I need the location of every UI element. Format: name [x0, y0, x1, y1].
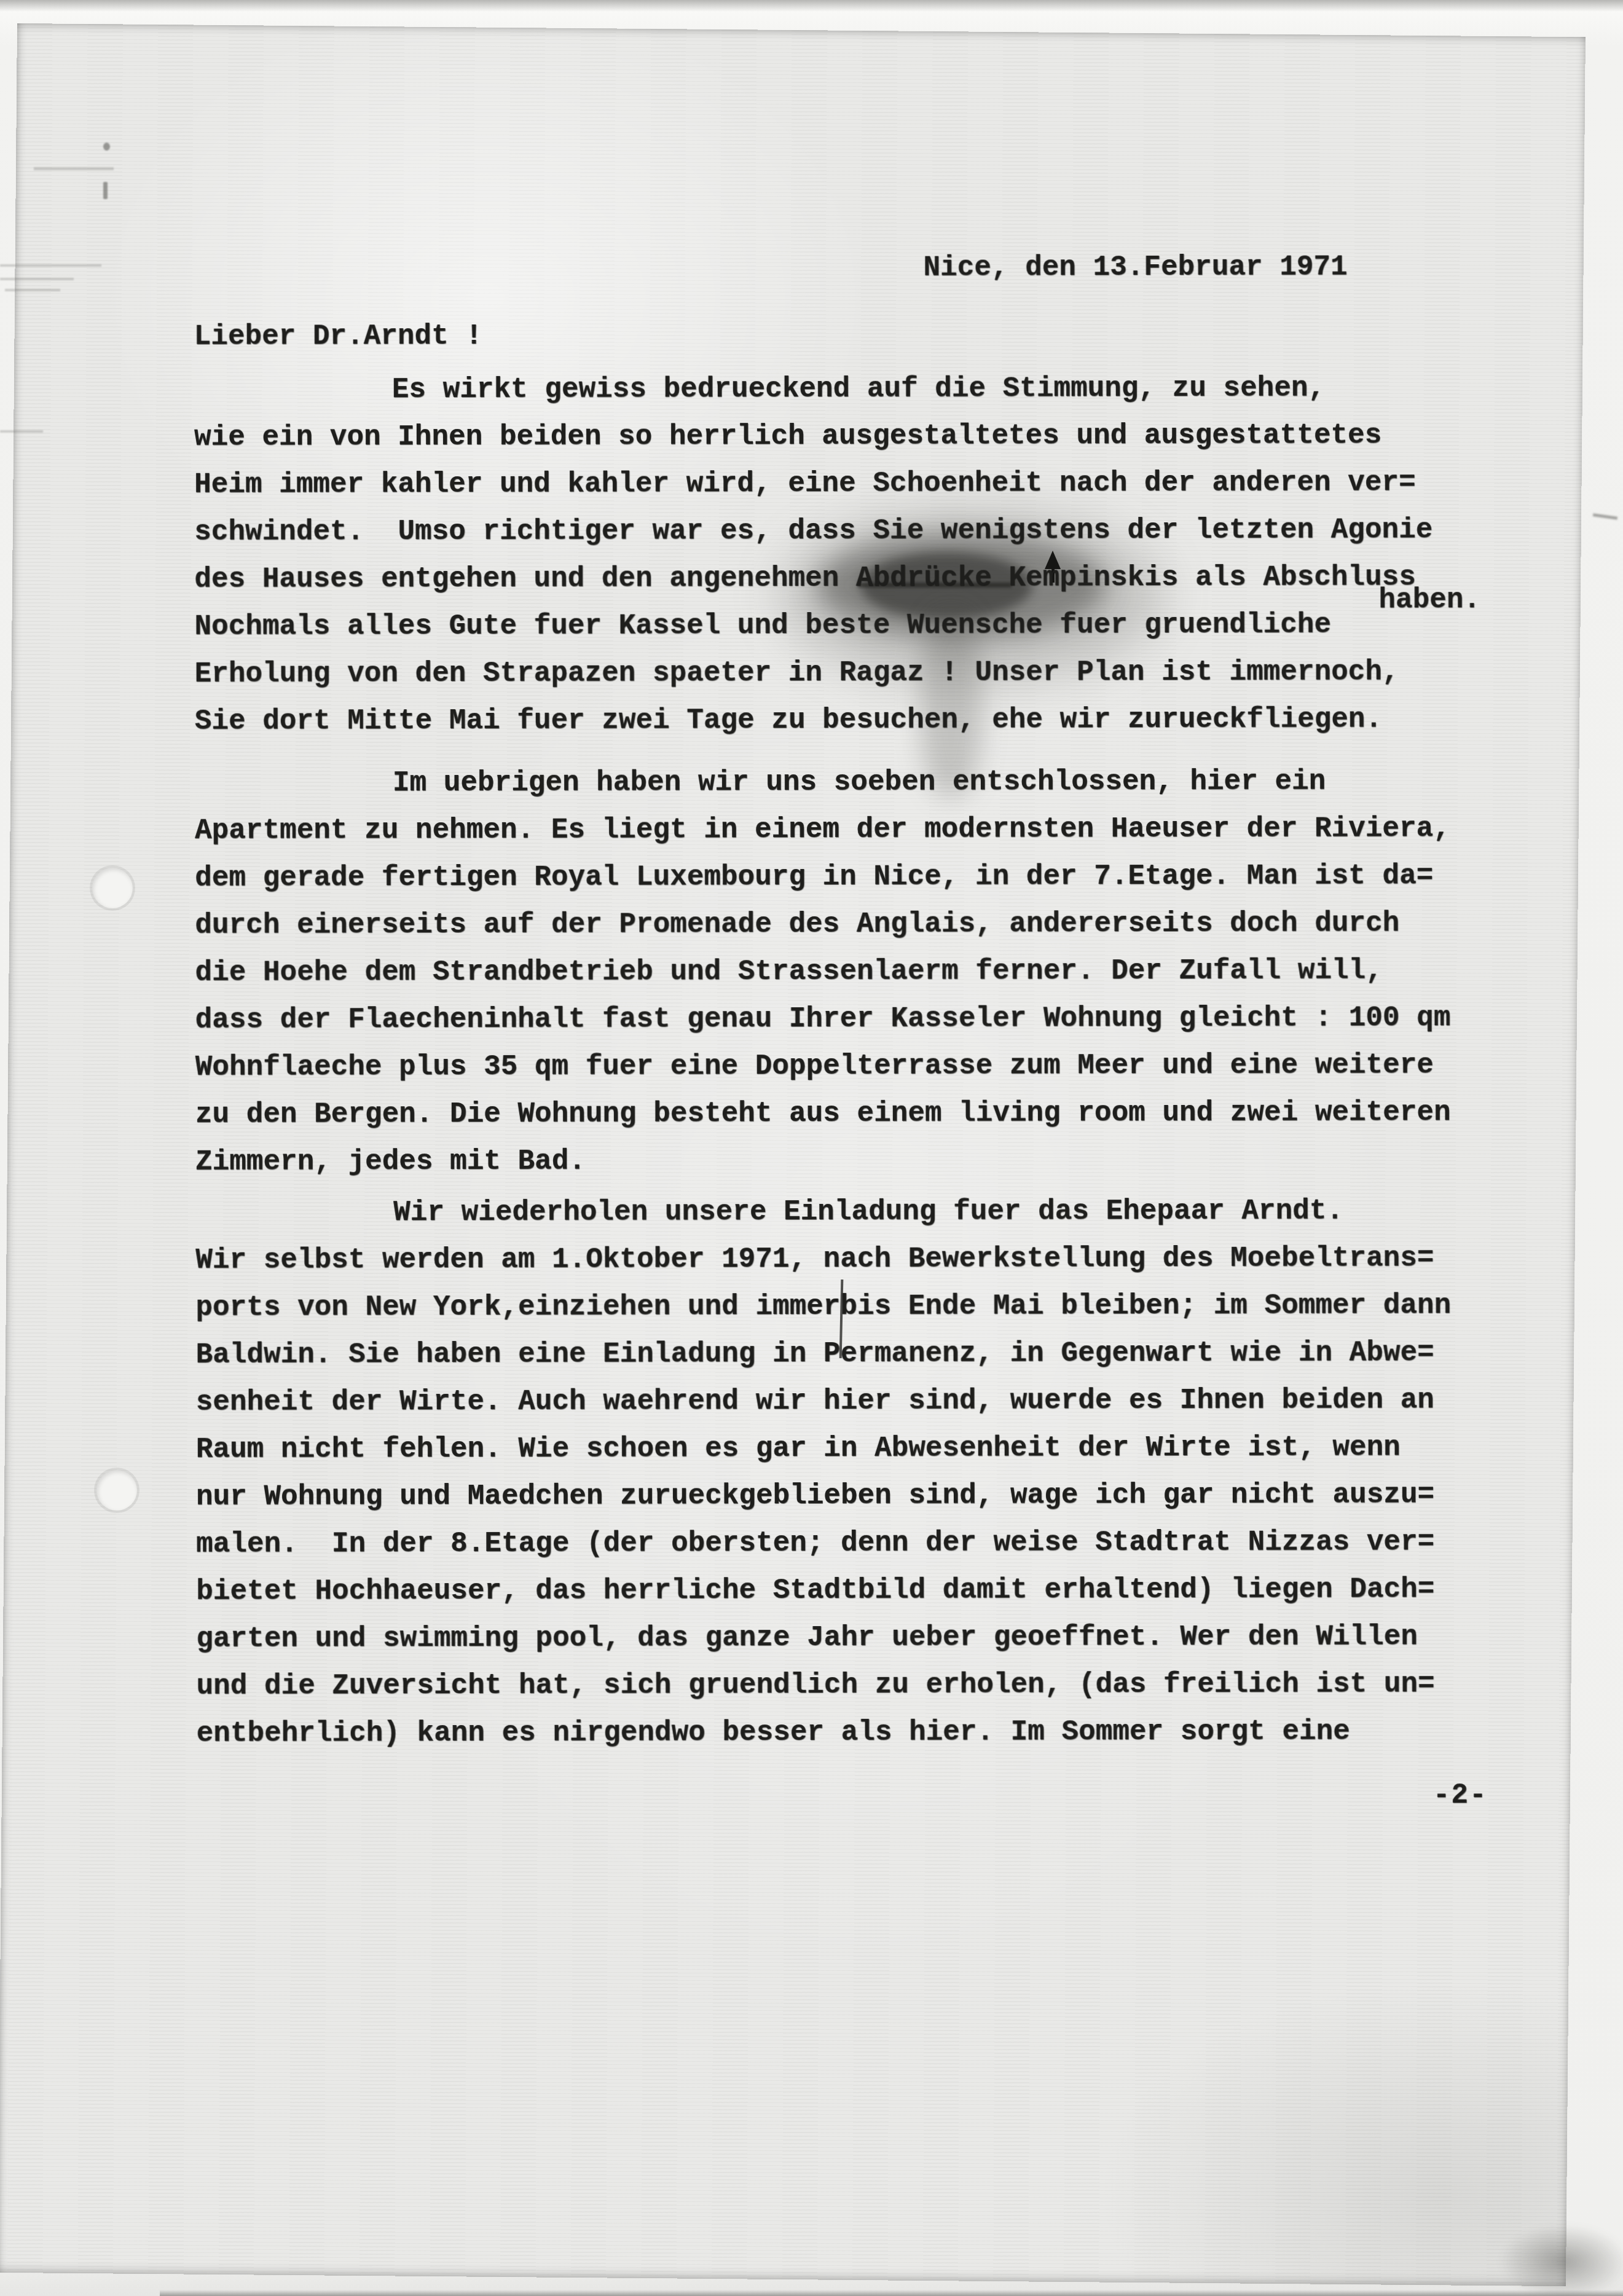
letter-line: Heim immer kahler und kahler wird, eine … [194, 459, 1608, 509]
letter-line: Wir selbst werden am 1.Oktober 1971, nac… [195, 1235, 1609, 1284]
letter-line: Wohnflaeche plus 35 qm fuer eine Doppelt… [195, 1042, 1609, 1091]
paragraph: Wir wiederholen unsere Einladung fuer da… [195, 1187, 1610, 1758]
paragraph: Im uebrigen haben wir uns soeben entschl… [195, 758, 1609, 1186]
letter-line: nur Wohnung und Maedchen zurueckgebliebe… [196, 1471, 1609, 1521]
typewritten-text-layer: Nice, den 13.Februar 1971 Lieber Dr.Arnd… [0, 0, 1623, 2296]
letter-line: Im uebrigen haben wir uns soeben entschl… [195, 758, 1608, 808]
letter-line: Es wirkt gewiss bedrueckend auf die Stim… [194, 364, 1608, 414]
scanned-letter-page: Nice, den 13.Februar 1971 Lieber Dr.Arnd… [0, 0, 1623, 2296]
date-line: Nice, den 13.Februar 1971 [923, 243, 1347, 291]
letter-line: dass der Flaecheninhalt fast genau Ihrer… [195, 994, 1609, 1044]
letter-line: Sie dort Mitte Mai fuer zwei Tage zu bes… [195, 696, 1608, 745]
letter-line: Apartment zu nehmen. Es liegt in einem d… [195, 805, 1608, 855]
letter-line: durch einerseits auf der Promenade des A… [195, 900, 1608, 949]
letter-line: die Hoehe dem Strandbetrieb und Strassen… [195, 947, 1608, 997]
inserted-word: haben. [1378, 576, 1480, 624]
letter-line: entbehrlich) kann es nirgendwo besser al… [197, 1708, 1610, 1758]
letter-line: dem gerade fertigen Royal Luxembourg in … [195, 852, 1608, 902]
letter-line: Baldwin. Sie haben eine Einladung in Per… [196, 1329, 1609, 1379]
letter-line: Raum nicht fehlen. Wie schoen es gar in … [196, 1424, 1609, 1474]
letter-line: malen. In der 8.Etage (der obersten; den… [196, 1519, 1609, 1568]
letter-line: garten und swimming pool, das ganze Jahr… [196, 1613, 1609, 1663]
letter-line: Wir wiederholen unsere Einladung fuer da… [195, 1187, 1609, 1237]
letter-line: bietet Hochhaeuser, das herrliche Stadtb… [196, 1566, 1609, 1616]
page-number: -2- [1433, 1772, 1488, 1819]
letter-line: Zimmern, jedes mit Bad. [195, 1136, 1609, 1186]
letter-line: schwindet. Umso richtiger war es, dass S… [194, 506, 1608, 556]
letter-line: wie ein von Ihnen beiden so herrlich aus… [194, 412, 1608, 462]
letter-line: ports von New York,einziehen und immerbi… [195, 1282, 1609, 1332]
paragraph: Es wirkt gewiss bedrueckend auf die Stim… [194, 364, 1608, 745]
salutation: Lieber Dr.Arndt ! [194, 313, 482, 361]
letter-line: senheit der Wirte. Auch waehrend wir hie… [196, 1377, 1609, 1426]
letter-line: zu den Bergen. Die Wohnung besteht aus e… [195, 1089, 1609, 1139]
letter-line: und die Zuversicht hat, sich gruendlich … [196, 1661, 1609, 1710]
letter-body: Es wirkt gewiss bedrueckend auf die Stim… [194, 364, 1610, 1758]
letter-line: Erholung von den Strapazen spaeter in Ra… [195, 648, 1608, 698]
